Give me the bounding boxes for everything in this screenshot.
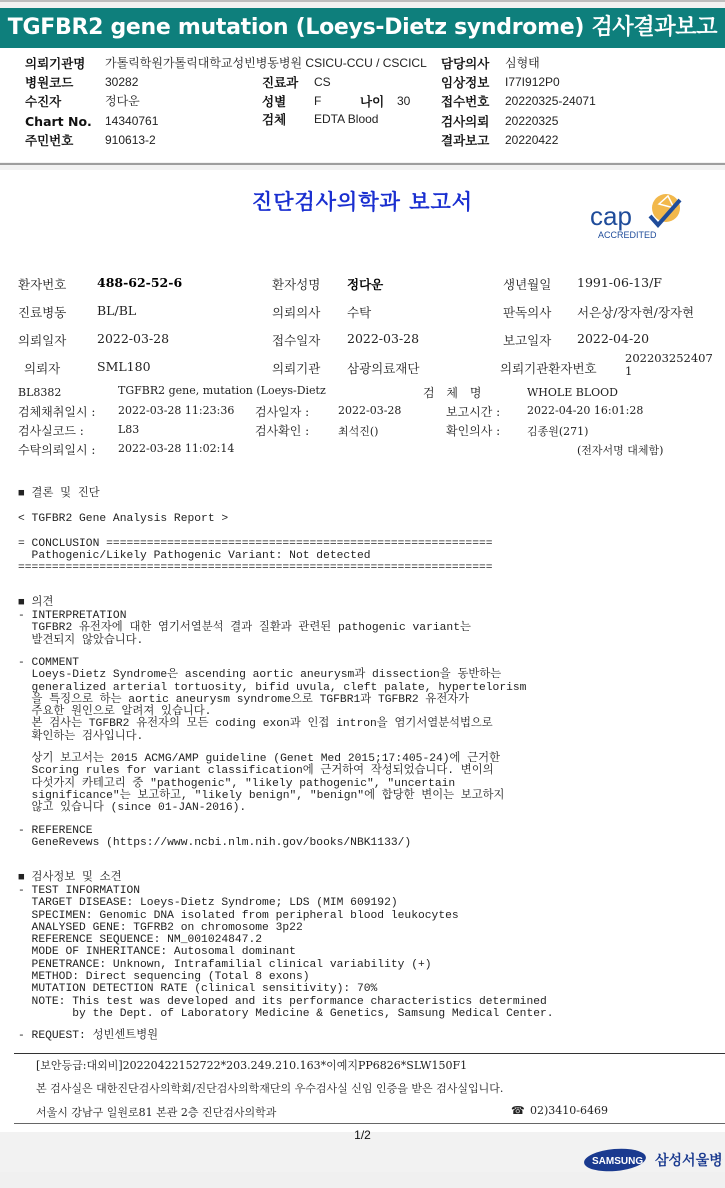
electronic-signature-note: (전자서명 대체함): [577, 442, 663, 458]
label-hospital-code: 병원코드: [25, 73, 73, 92]
label-doctor: 담당의사: [441, 54, 489, 73]
cap-text: cap: [590, 201, 632, 231]
value-test-confirm: 최석진(): [338, 423, 378, 439]
label-request-date: 의뢰일자: [18, 331, 66, 349]
label-patient-name: 환자성명: [272, 275, 320, 293]
label-reading-doctor: 판독의사: [503, 303, 551, 321]
label-chart-no: Chart No.: [25, 112, 92, 131]
lab-phone: 02)3410-6469: [530, 1104, 608, 1117]
label-ward: 진료병동: [18, 303, 66, 321]
bottom-margin: [0, 1172, 725, 1188]
certification-note: 본 검사실은 대한진단검사의학회/진단검사의학재단의 우수검사실 신임 인증을 …: [36, 1080, 503, 1096]
request-info-header: 의뢰기관명 가톨릭학원가톨릭대학교성빈병동병원 CSICU-CCU / CSCI…: [0, 48, 725, 162]
report-banner-title: TGFBR2 gene mutation (Loeys-Dietz syndro…: [0, 8, 725, 48]
label-department: 진료과: [262, 73, 298, 92]
value-confirm-doctor: 김종원(271): [527, 423, 588, 439]
value-requesting-doctor: 수탁: [347, 303, 371, 321]
header-row-patient: 수진자 정다운 성별 F 나이 30 접수번호 20220325-24071: [0, 92, 725, 111]
label-patient-number: 환자번호: [18, 275, 66, 293]
accredited-text: ACCREDITED: [598, 230, 657, 240]
value-patient: 정다운: [105, 92, 140, 111]
value-result-report: 20220422: [505, 131, 558, 150]
value-report-time: 2022-04-20 16:01:28: [527, 404, 643, 417]
footer-top-divider: [14, 1053, 725, 1054]
label-test-confirm: 검사확인 :: [255, 422, 309, 439]
header-row-resident-no: 주민번호 910613-2 결과보고 20220422: [0, 131, 725, 150]
value-institution: 가톨릭학원가톨릭대학교성빈병동병원 CSICU-CCU / CSCICL: [105, 54, 427, 73]
label-requesting-doctor: 의뢰의사: [272, 303, 320, 321]
value-institution-patient-no: 202203252407: [625, 351, 713, 365]
comment-text: - COMMENT Loeys-Dietz Syndrome은 ascendin…: [18, 657, 526, 743]
value-patient-number: 488-62-52-6: [97, 275, 182, 290]
label-birth-date: 생년월일: [503, 275, 551, 293]
phone-icon: ☎: [511, 1104, 525, 1117]
value-patient-name: 정다운: [347, 275, 383, 293]
section-opinion-heading: ■ 의견: [18, 597, 53, 609]
header-divider: [0, 163, 725, 165]
value-hospital-code: 30282: [105, 73, 138, 92]
label-report-time: 보고시간 :: [446, 403, 500, 420]
value-report-date: 2022-04-20: [577, 331, 649, 346]
value-department: CS: [314, 73, 331, 92]
label-resident-no: 주민번호: [25, 131, 73, 150]
label-lab-code: 검사실코드 :: [18, 422, 84, 439]
section-test-info-heading: ■ 검사정보 및 소견: [18, 872, 122, 884]
header-row-hospital-code: 병원코드 30282 진료과 CS 임상정보 I77I912P0: [0, 73, 725, 92]
lab-address: 서울시 강남구 일원로81 본관 2층 진단검사의학과: [36, 1104, 276, 1120]
label-specimen: 검체: [262, 110, 286, 129]
label-collect-time: 검체채취일시 :: [18, 403, 95, 420]
value-collect-time: 2022-03-28 11:23:36: [118, 404, 234, 417]
value-request-date: 20220325: [505, 112, 558, 131]
value-reading-doctor: 서은상/장자현/장자현: [577, 303, 694, 321]
report-page: 진단검사의학과 보고서 cap ACCREDITED 환자번호 488-62-5…: [0, 170, 725, 1132]
interpretation-text: - INTERPRETATION TGFBR2 유전자에 대한 염기서열분석 결…: [18, 610, 471, 647]
value-test-date: 2022-03-28: [338, 404, 401, 417]
label-request-date: 검사의뢰: [441, 112, 489, 131]
value-requester: SML180: [97, 359, 151, 374]
label-receipt-date: 접수일자: [272, 331, 320, 349]
value-consign-time: 2022-03-28 11:02:14: [118, 442, 234, 455]
value-lab-code: L83: [118, 423, 139, 436]
value-accession: 20220325-24071: [505, 92, 596, 111]
security-stamp: [보안등급:대외비]20220422152722*203.249.210.163…: [36, 1057, 467, 1073]
hospital-name: 삼성서울병원: [655, 1152, 723, 1169]
label-result-report: 결과보고: [441, 131, 489, 150]
label-test-date: 검사일자 :: [255, 403, 309, 420]
label-sex: 성별: [262, 92, 286, 111]
value-receipt-date: 2022-03-28: [347, 331, 419, 346]
samsung-wordmark: SAMSUNG: [592, 1156, 643, 1167]
label-requester: 의뢰자: [24, 359, 60, 377]
conclusion-text: < TGFBR2 Gene Analysis Report > = CONCLU…: [18, 513, 493, 574]
section-conclusion-heading: ■ 결론 및 진단: [18, 488, 100, 500]
request-text: - REQUEST: 성빈센트병원: [18, 1030, 158, 1042]
label-clinical-info: 임상정보: [441, 73, 489, 92]
label-patient: 수진자: [25, 92, 61, 111]
label-confirm-doctor: 확인의사 :: [446, 422, 500, 439]
label-report-date: 보고일자: [503, 331, 551, 349]
top-border: [0, 0, 725, 2]
label-accession: 접수번호: [441, 92, 489, 111]
value-ward: BL/BL: [97, 303, 136, 318]
header-row-chart: Chart No. 14340761 검체 EDTA Blood 검사의뢰 20…: [0, 112, 725, 131]
value-chart-no: 14340761: [105, 112, 158, 131]
value-sex: F: [314, 92, 321, 111]
acmg-guideline-text: 상기 보고서는 2015 ACMG/AMP guideline (Genet M…: [18, 753, 504, 814]
header-row-institution: 의뢰기관명 가톨릭학원가톨릭대학교성빈병동병원 CSICU-CCU / CSCI…: [0, 54, 725, 73]
cap-accredited-logo: cap ACCREDITED: [588, 192, 693, 242]
value-request-date: 2022-03-28: [97, 331, 169, 346]
reference-text: - REFERENCE GeneRevews (https://www.ncbi…: [18, 825, 411, 850]
value-specimen: EDTA Blood: [314, 110, 378, 129]
value-clinical-info: I77I912P0: [505, 73, 560, 92]
label-age: 나이: [360, 92, 384, 111]
value-specimen-name: WHOLE BLOOD: [527, 386, 618, 399]
test-code: BL8382: [18, 386, 61, 399]
test-information-text: - TEST INFORMATION TARGET DISEASE: Loeys…: [18, 885, 554, 1020]
value-age: 30: [397, 92, 410, 111]
value-doctor: 심형태: [505, 54, 540, 73]
test-name: TGFBR2 gene, mutation (Loeys-Dietz: [118, 384, 326, 397]
value-birth-date: 1991-06-13/F: [577, 275, 662, 290]
value-requesting-institution: 삼광의료재단: [347, 359, 419, 377]
value-institution-patient-no-cont: 1: [625, 364, 632, 378]
footer-bottom-divider: [14, 1123, 725, 1124]
page-number: 1/2: [0, 1128, 725, 1142]
label-consign-time: 수탁의뢰일시 :: [18, 441, 95, 458]
label-institution-patient-no: 의뢰기관환자번호: [500, 359, 597, 377]
label-specimen-name: 검 체 명: [423, 384, 485, 401]
label-institution: 의뢰기관명: [25, 54, 85, 73]
label-requesting-institution: 의뢰기관: [272, 359, 320, 377]
value-resident-no: 910613-2: [105, 131, 156, 150]
